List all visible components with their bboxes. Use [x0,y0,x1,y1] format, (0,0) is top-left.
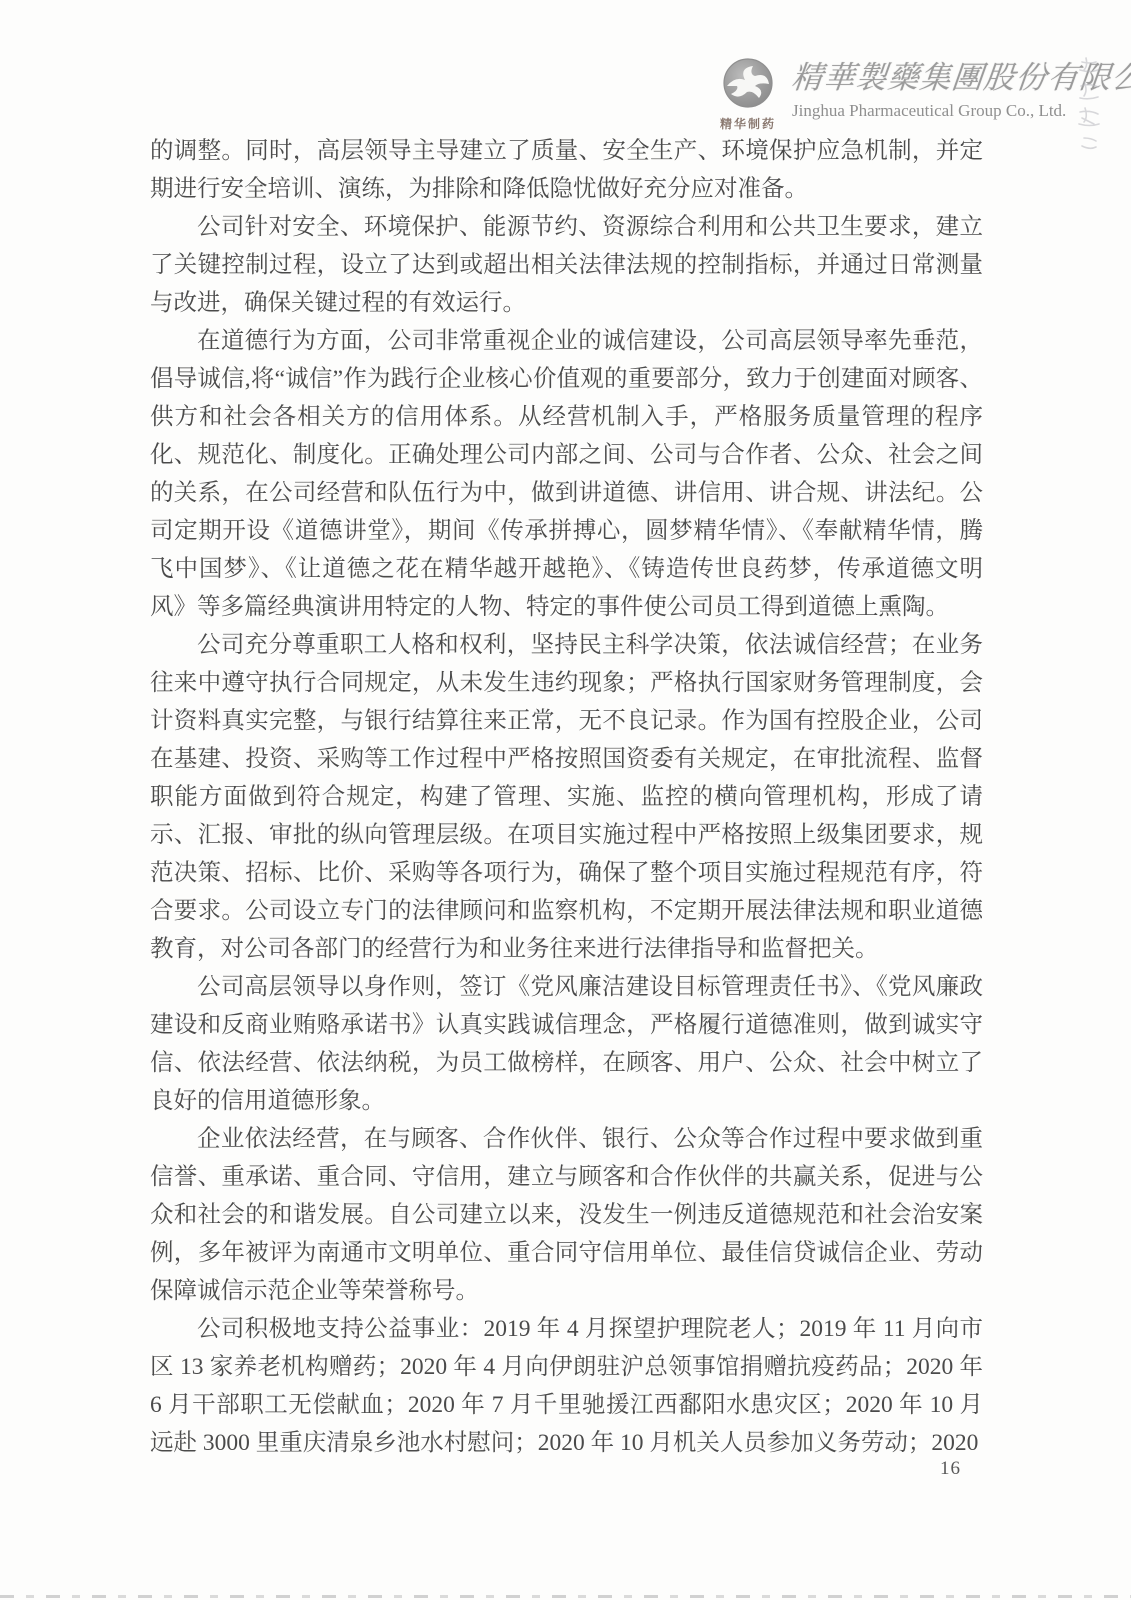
company-name-en: Jinghua Pharmaceutical Group Co., Ltd. [792,101,1082,121]
paragraph: 公司充分尊重职工人格和权利，坚持民主科学决策，依法诚信经营；在业务往来中遵守执行… [150,626,983,968]
document-body: 的调整。同时，高层领导主导建立了质量、安全生产、环境保护应急机制，并定期进行安全… [150,132,983,1462]
paragraph: 公司高层领导以身作则，签订《党风廉洁建设目标管理责任书》、《党风廉政建设和反商业… [150,968,983,1120]
company-logo: 精华制药 [716,56,780,132]
paragraph: 企业依法经营，在与顾客、合作伙伴、银行、公众等合作过程中要求做到重信誉、重承诺、… [150,1120,983,1310]
paragraph: 的调整。同时，高层领导主导建立了质量、安全生产、环境保护应急机制，并定期进行安全… [150,132,983,208]
page-header: 精华制药 精華製藥集團股份有限公司 Jinghua Pharmaceutical… [0,52,1131,142]
company-names: 精華製藥集團股份有限公司 Jinghua Pharmaceutical Grou… [792,52,1082,121]
globe-bird-logo-icon [719,56,777,114]
document-page: 精华制药 精華製藥集團股份有限公司 Jinghua Pharmaceutical… [0,0,1131,1600]
paragraph: 公司针对安全、环境保护、能源节约、资源综合利用和公共卫生要求，建立了关键控制过程… [150,208,983,322]
page-number: 16 [940,1458,961,1480]
logo-caption: 精华制药 [716,115,780,132]
company-name-zh: 精華製藥集團股份有限公司 [790,52,1085,97]
paragraph: 在道德行为方面，公司非常重视企业的诚信建设，公司高层领导率先垂范，倡导诚信,将“… [150,322,983,626]
handwritten-annotation [1072,54,1106,164]
scan-edge-artifact [0,1595,1131,1598]
paragraph: 公司积极地支持公益事业：2019 年 4 月探望护理院老人；2019 年 11 … [150,1310,983,1462]
